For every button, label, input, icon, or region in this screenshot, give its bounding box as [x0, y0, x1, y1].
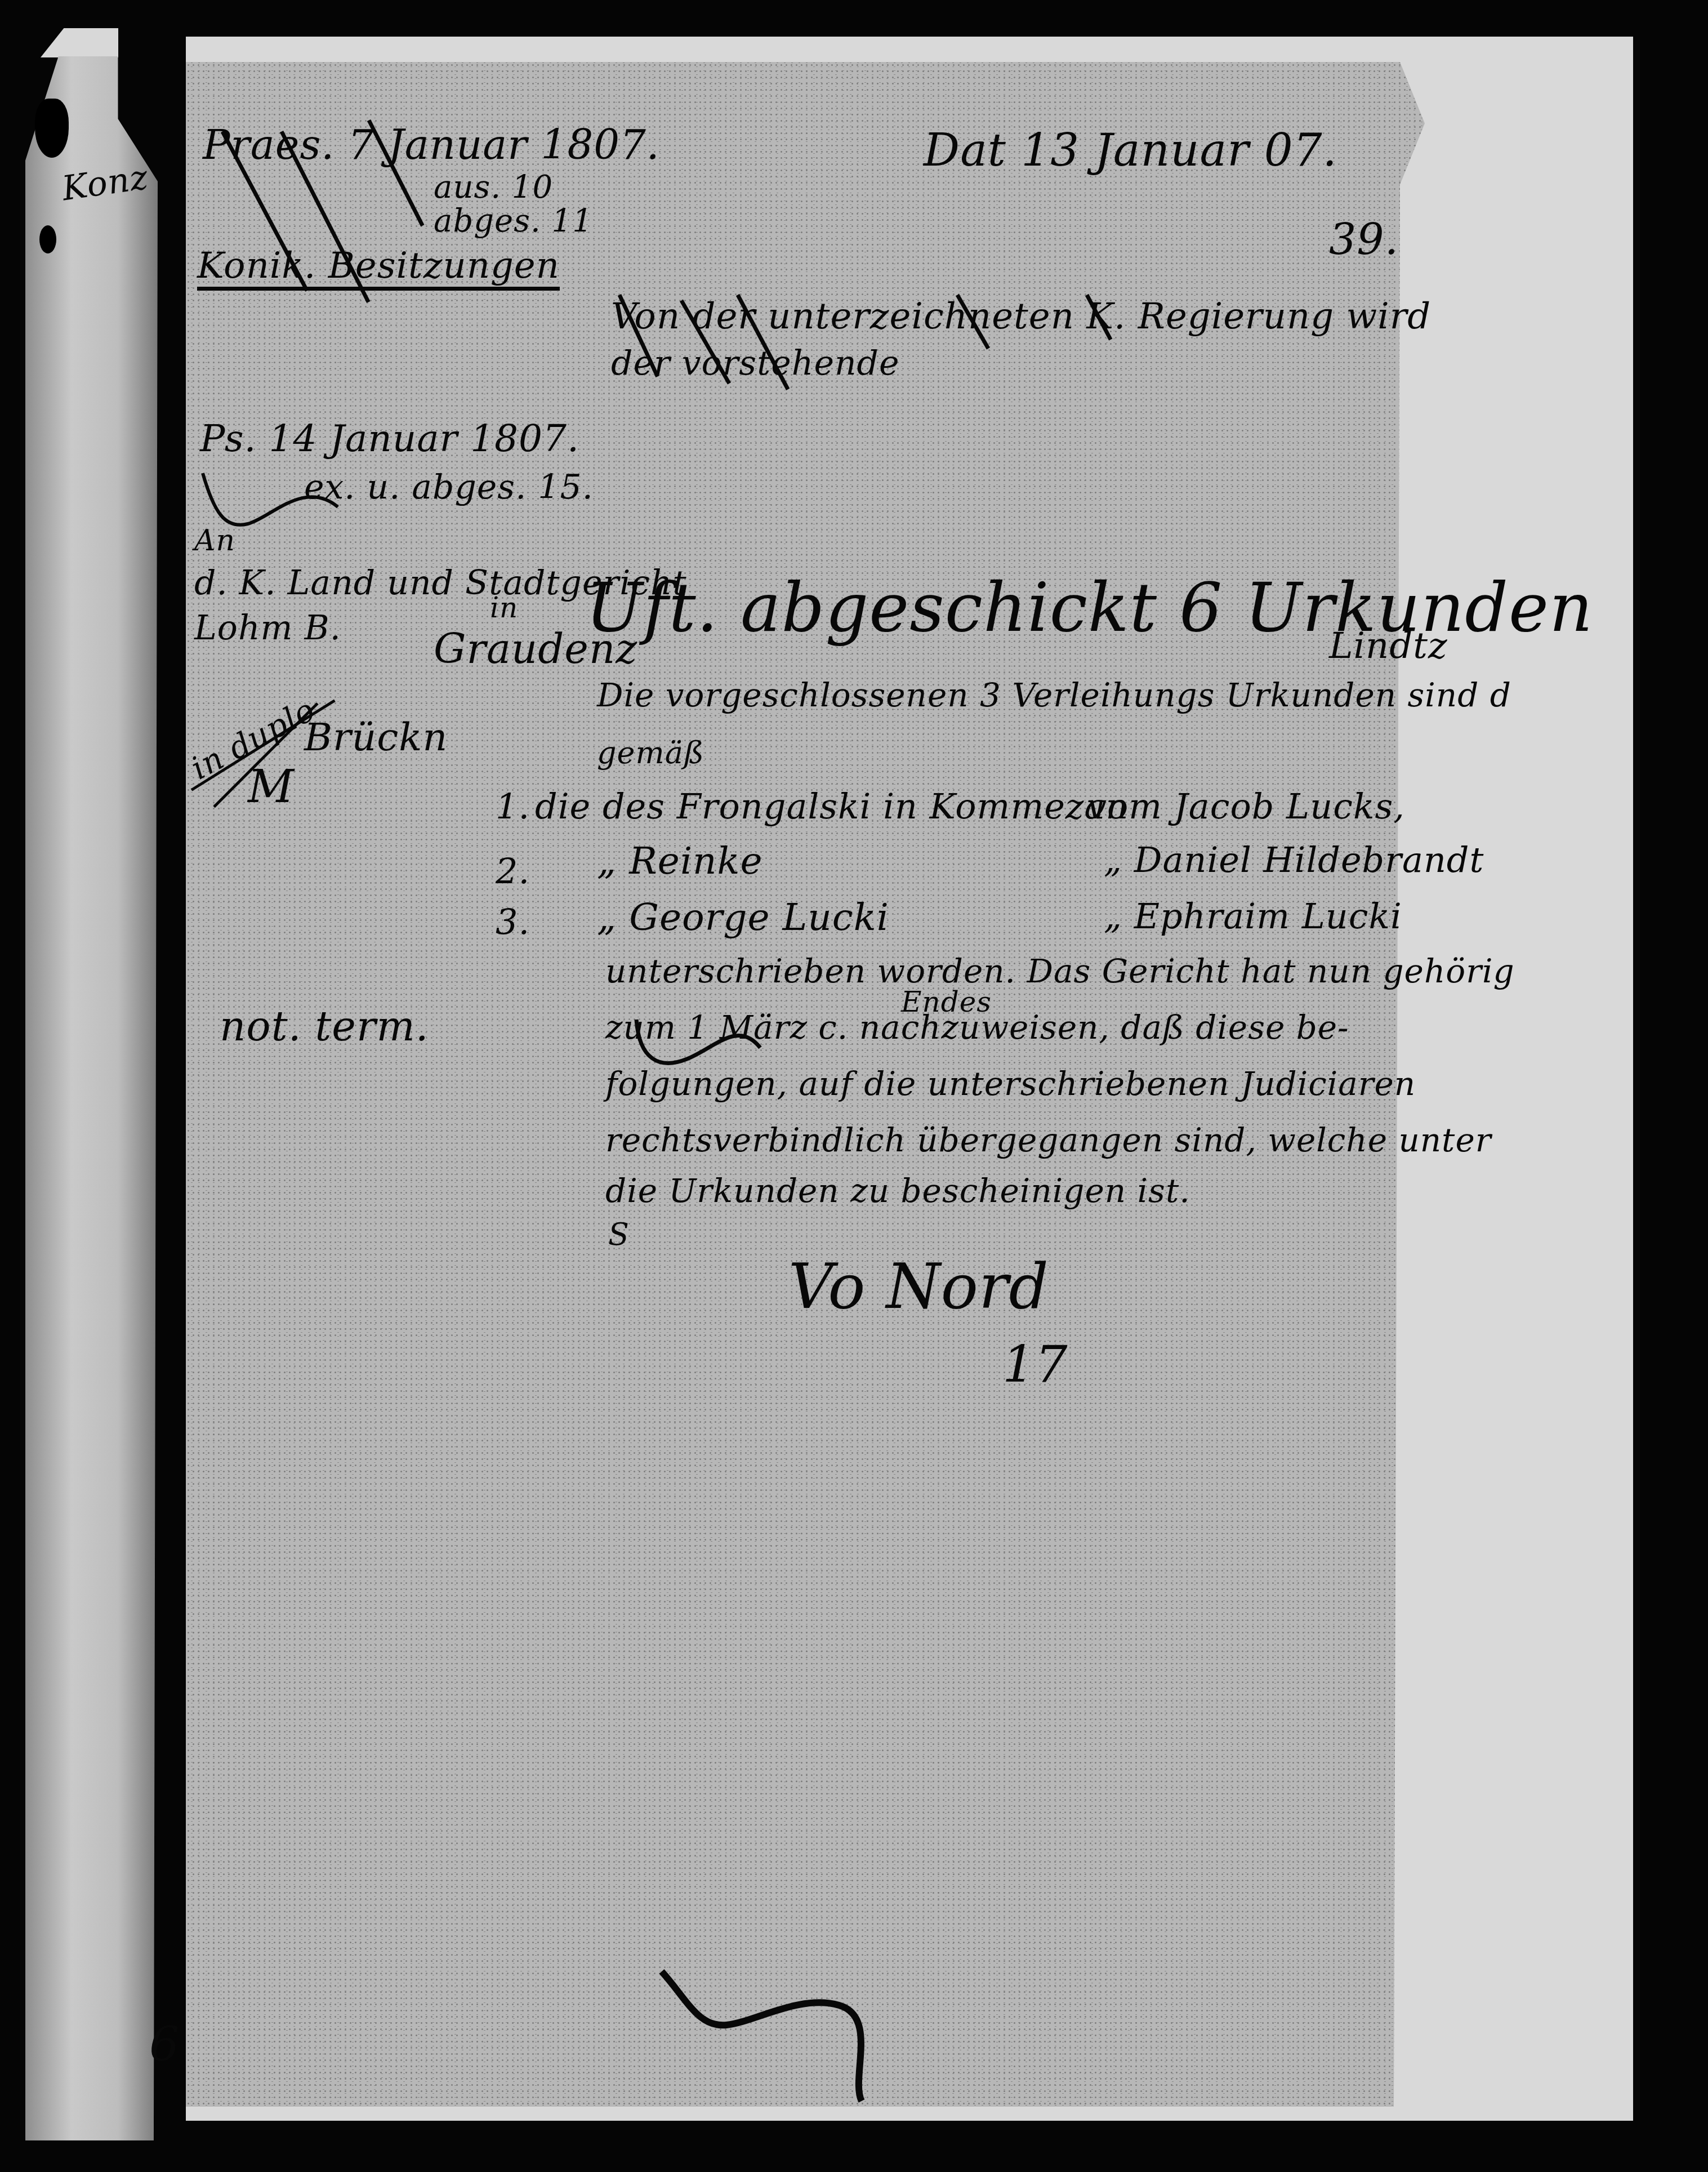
address-line-2: der vorstehende — [611, 344, 900, 383]
header-date: Dat 13 Januar 07. — [924, 124, 1337, 176]
ink-blot — [35, 99, 69, 158]
margin-recipient-line2: Lohm B. — [194, 608, 341, 648]
list-col1-3: „ George Lucki — [597, 896, 889, 939]
margin-place-prefix: in — [490, 591, 518, 624]
header-praes-line: Praes. 7 Januar 1807. — [203, 121, 660, 168]
signature: Vo Nord — [788, 1250, 1049, 1323]
strip-tab — [41, 28, 118, 57]
body-intro-2: gemäß — [597, 735, 704, 771]
list-num-1: 1. — [496, 786, 530, 827]
ink-blot — [39, 225, 56, 253]
closing-flourish — [653, 1966, 907, 2112]
margin-an: An — [194, 524, 235, 558]
header-aus-line: aus. 10 — [434, 169, 553, 206]
list-col2-3: „ Ephraim Lucki — [1104, 896, 1402, 937]
body-line-5: die Urkunden zu bescheinigen ist. — [605, 1172, 1190, 1210]
list-col2-1: vom Jacob Lucks, — [1087, 786, 1405, 827]
margin-signature: Brückn — [304, 715, 448, 760]
header-subject-line: Konik. Besitzungen — [197, 245, 560, 291]
body-intro: Die vorgeschlossenen 3 Verleihungs Urkun… — [597, 676, 1511, 714]
address-line-1: Von der unterzeichneten K. Regierung wir… — [611, 296, 1431, 337]
margin-number-bottom: 6 — [149, 2017, 180, 2072]
signature-initials: 17 — [1002, 1335, 1068, 1394]
rolled-page-strip — [25, 56, 158, 2140]
margin-not-term: not. term. — [220, 1003, 429, 1050]
margin-received: Ps. 14 Januar 1807. — [200, 417, 579, 460]
list-col1-1: die des Frongalski in Kommezan — [535, 786, 1129, 827]
list-col1-2: „ Reinke — [597, 839, 763, 883]
body-line-1: unterschrieben worden. Das Gericht hat n… — [605, 952, 1515, 990]
body-line-3: folgungen, auf die unterschriebenen Judi… — [605, 1065, 1416, 1103]
list-num-2: 2. — [496, 851, 530, 892]
list-col2-2: „ Daniel Hildebrandt — [1104, 839, 1484, 880]
body-closing-mark: S — [608, 1217, 630, 1252]
folio-number: 39. — [1329, 214, 1399, 264]
body-heading-note: Lindtz — [1329, 625, 1448, 667]
margin-initials: M — [248, 760, 295, 813]
header-abges-line: abges. 11 — [434, 203, 593, 239]
body-line-4: rechtsverbindlich übergegangen sind, wel… — [605, 1121, 1491, 1159]
list-num-3: 3. — [496, 901, 530, 942]
